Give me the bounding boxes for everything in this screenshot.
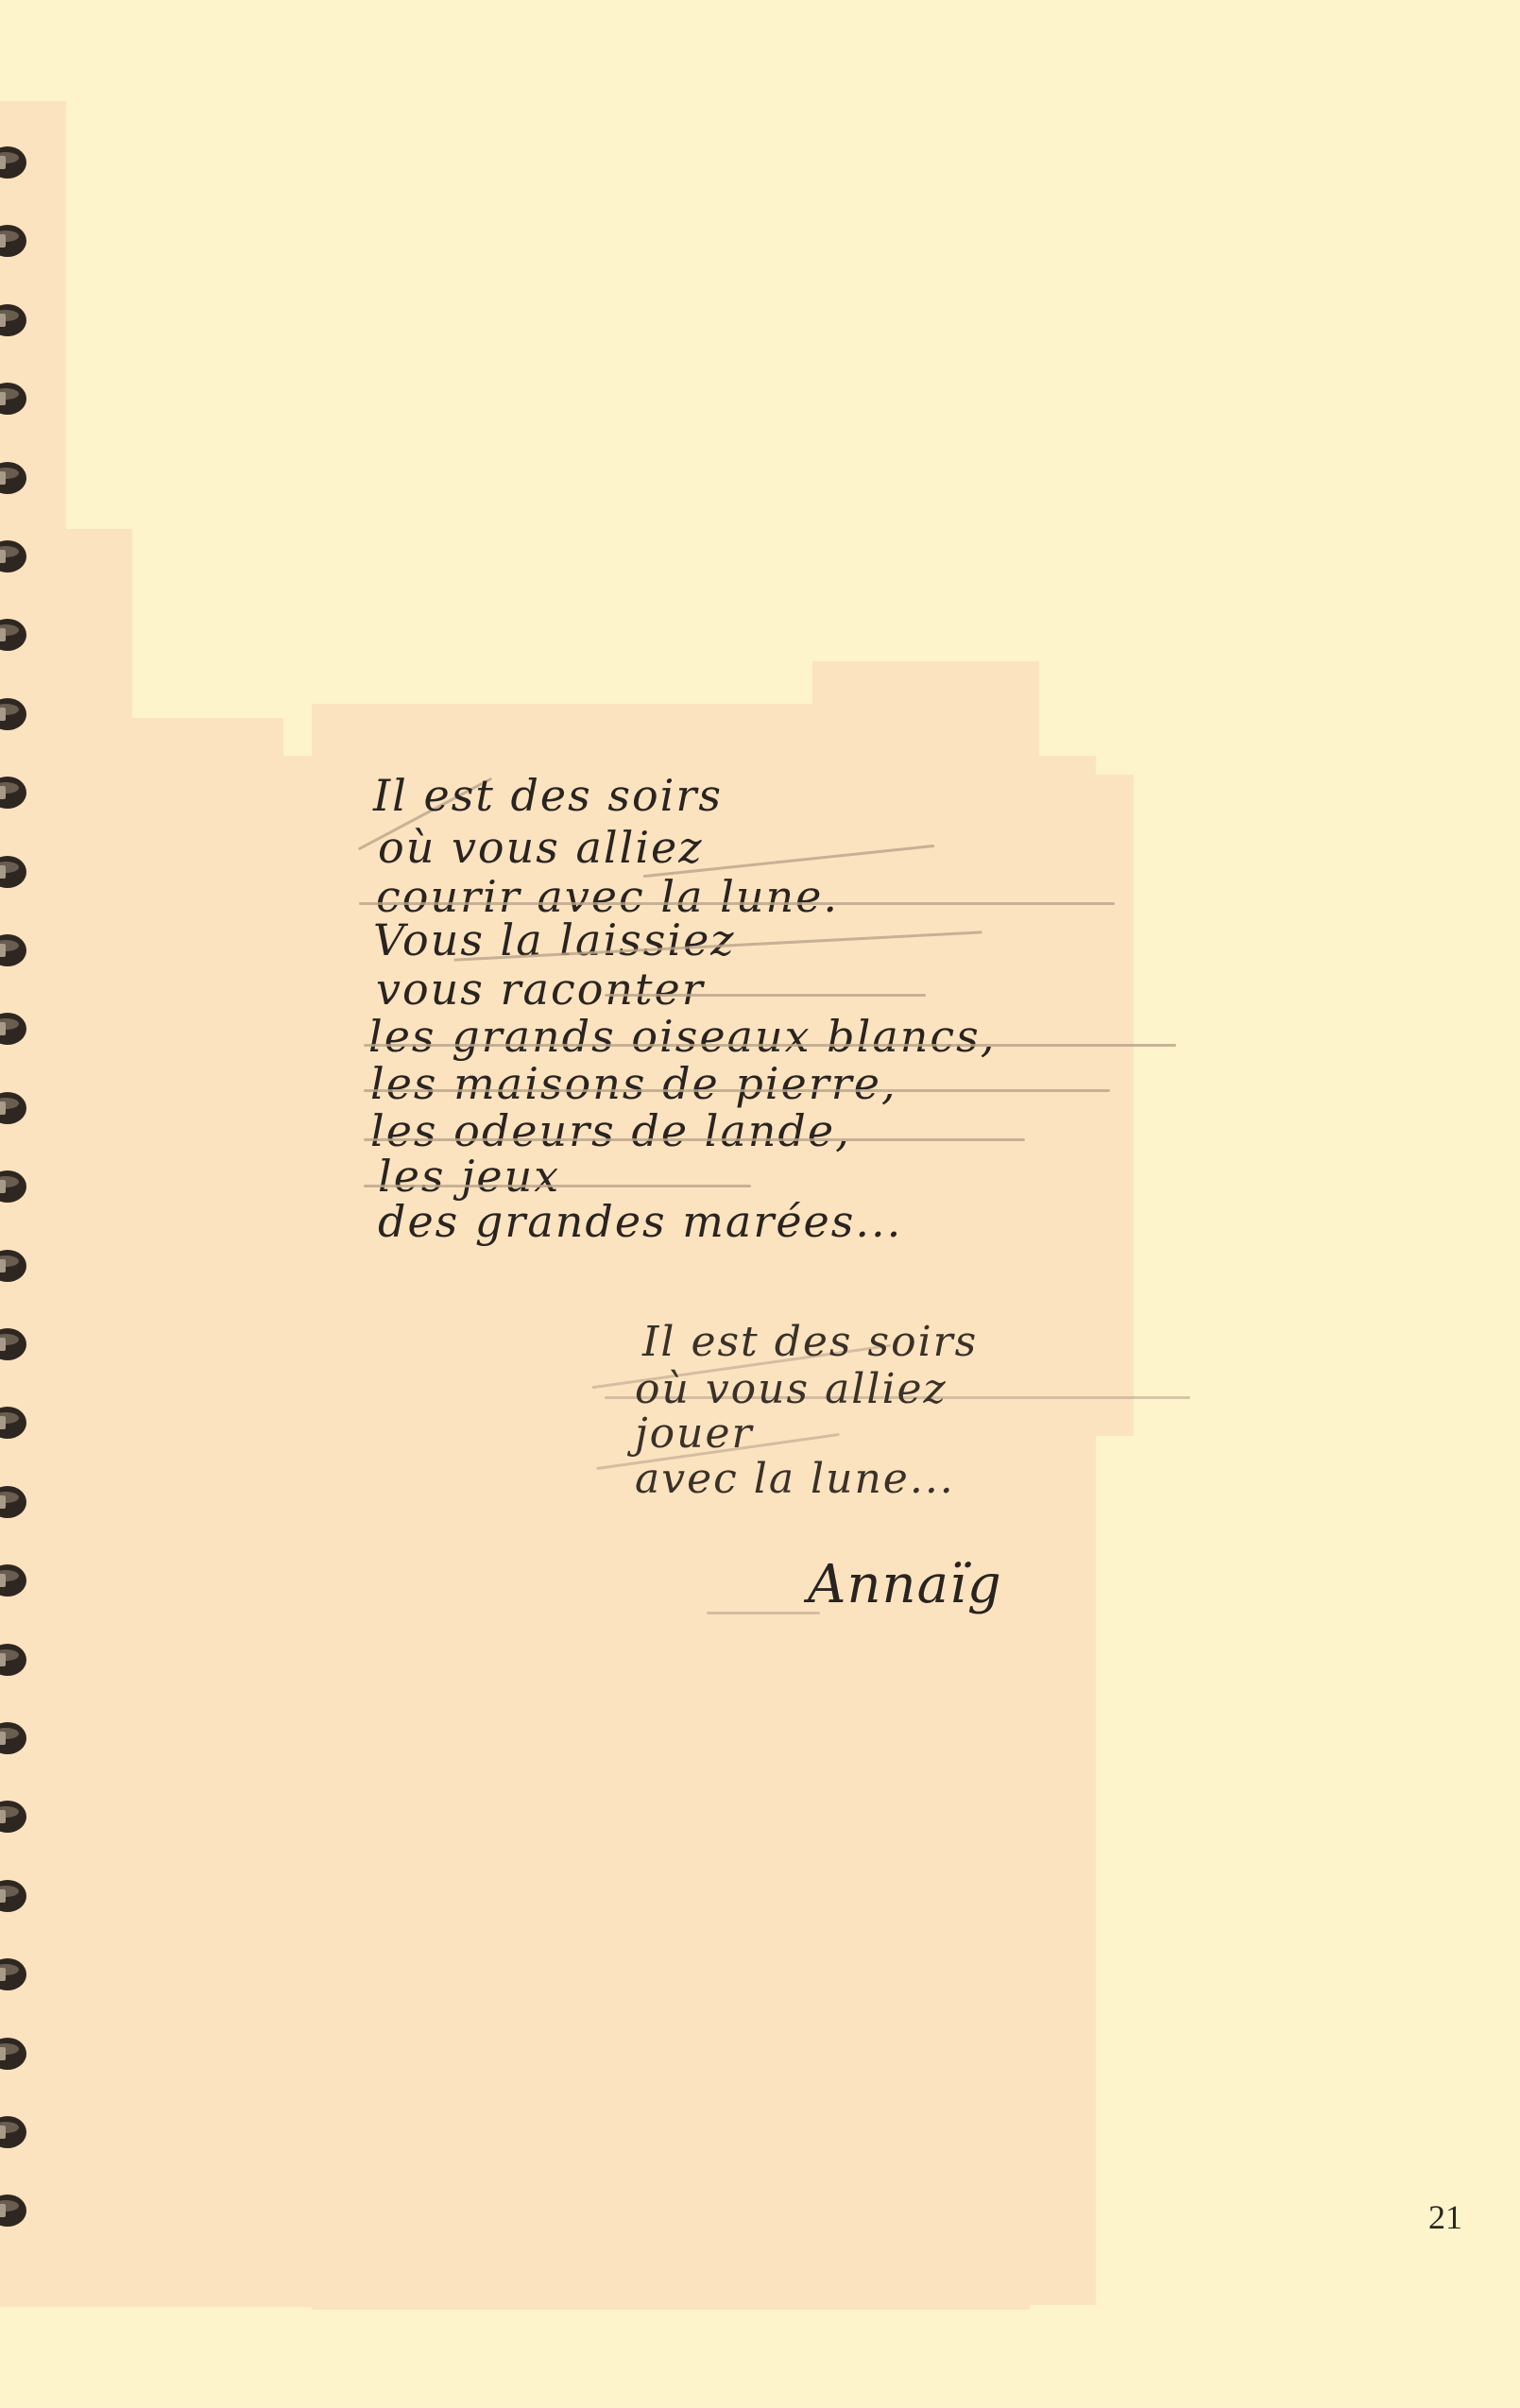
binding-ring-icon: [0, 145, 28, 180]
poem-line: les odeurs de lande,: [370, 1105, 851, 1156]
binding-ring-icon: [0, 1326, 28, 1362]
binding-ring-icon: [0, 2193, 28, 2229]
binding-ring-icon: [0, 932, 28, 968]
poem-line: vous raconter: [376, 964, 705, 1015]
poem-line: les maisons de pierre,: [370, 1058, 897, 1109]
binding-ring-icon: [0, 775, 28, 811]
poem-line: des grandes marées...: [378, 1196, 902, 1247]
poem-line: Vous la laissiez: [373, 914, 736, 965]
binding-ring-icon: [0, 1563, 28, 1598]
binding-ring-icon: [0, 460, 28, 496]
poem-line: les jeux: [378, 1151, 560, 1202]
poem-line: les grands oiseaux blancs,: [368, 1011, 996, 1062]
binding-ring-icon: [0, 1720, 28, 1756]
poem-line: avec la lune...: [635, 1455, 955, 1503]
poem-line: Il est des soirs: [642, 1318, 978, 1366]
binding-ring-icon: [0, 1956, 28, 1992]
binding-ring-icon: [0, 223, 28, 259]
binding-ring-icon: [0, 302, 28, 338]
binding-ring-icon: [0, 1484, 28, 1520]
poem-line: Il est des soirs: [373, 770, 723, 821]
binding-ring-icon: [0, 854, 28, 890]
binding-ring-icon: [0, 1405, 28, 1441]
poem-line: jouer: [635, 1409, 754, 1458]
binding-ring-icon: [0, 538, 28, 574]
binding-ring-icon: [0, 381, 28, 417]
page-number: 21: [1428, 2197, 1462, 2237]
binding-ring-icon: [0, 1642, 28, 1678]
binding-ring-icon: [0, 1090, 28, 1126]
binding-ring-icon: [0, 2036, 28, 2072]
binding-ring-icon: [0, 1878, 28, 1914]
signature-flourish: [707, 1612, 820, 1614]
binding-ring-icon: [0, 1011, 28, 1047]
poem-line: où vous alliez: [635, 1365, 948, 1413]
binding-ring-icon: [0, 617, 28, 653]
signature: Annaïg: [808, 1554, 1002, 1615]
binding-ring-icon: [0, 1799, 28, 1835]
binding-ring-icon: [0, 1169, 28, 1204]
poem-line: où vous alliez: [378, 822, 704, 873]
binding-ring-icon: [0, 696, 28, 732]
binding-ring-icon: [0, 2114, 28, 2150]
binding-ring-icon: [0, 1248, 28, 1284]
